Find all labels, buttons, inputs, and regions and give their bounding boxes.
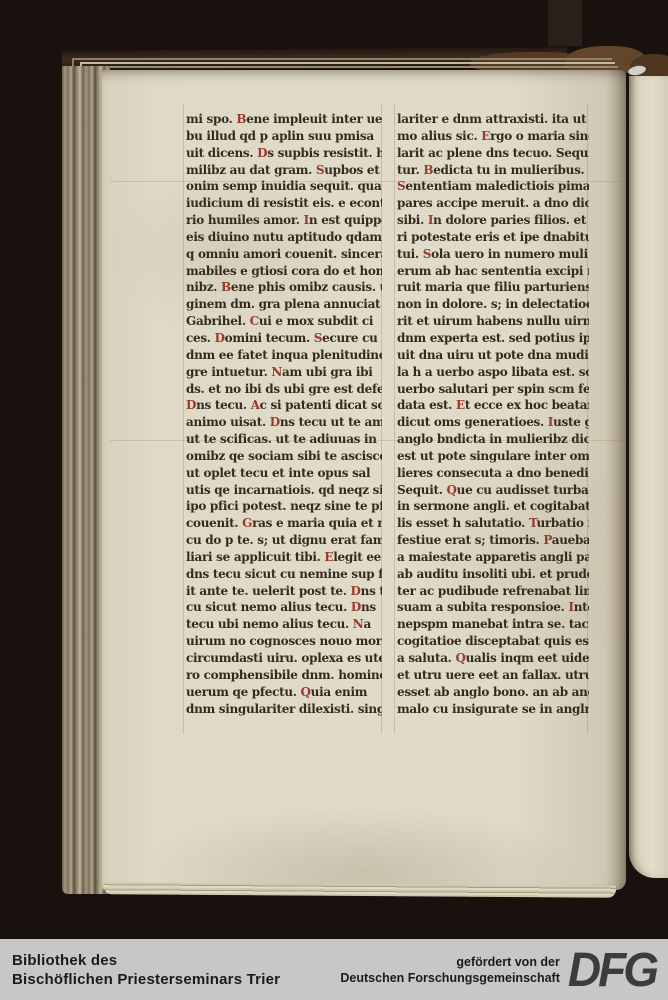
rubric-initial: N [271,365,282,379]
manuscript-text-line: utis qe incarnatiois. qd neqz sine [186,482,382,499]
manuscript-text-line: data est. Et ecce ex hoc beatam eam [397,397,589,414]
rubric-initial: A [251,398,260,412]
manuscript-text-line: est ut pote singulare inter oms mu [397,448,589,465]
manuscript-text-line: animo uisat. Dns tecu ut te amas [186,414,382,431]
rubric-initial: S [316,163,324,177]
manuscript-text-line: Gabrihel. Cui e mox subdit ci [186,313,382,330]
manuscript-text-line: Sententiam maledictiois pima [397,178,589,195]
rubric-initial: C [250,314,259,328]
funding-line2: Deutschen Forschungsgemeinschaft [340,970,560,986]
manuscript-text-line: et utru uere eet an fallax. utru [397,667,589,684]
digitized-manuscript-photo: mi spo. Bene impleuit inter uerbu illud … [0,0,668,1000]
manuscript-text-line: it ante te. uelerit post te. Dns te [186,583,382,600]
dfg-logo: DFG [568,937,660,1000]
manuscript-text-line: nibz. Bene phis omibz causis. uir [186,279,382,296]
rubric-initial: E [324,550,333,564]
manuscript-text-line: omibz qe sociam sibi te asciscens. [186,448,382,465]
manuscript-text-line: dns tecu sicut cu nemine sup fu [186,566,382,583]
manuscript-text-line: a maiestate apparetis angli pauebt [397,549,589,566]
manuscript-text-line: tur. Bedicta tu in mulieribus. [397,162,589,179]
manuscript-text-line: lieres consecuta a dno benedictioe [397,465,589,482]
ruling-line [394,104,395,734]
manuscript-right-column: lariter e dnm attraxisti. ita ut nemo al… [397,111,589,717]
manuscript-text-line: ginem dm. gra plena annuciat [186,296,382,313]
rubric-initial: B [236,112,246,126]
manuscript-text-line: a saluta. Qualis inqm eet uideli [397,650,589,667]
manuscript-text-line: lis esset h salutatio. Turbatio ista n [397,515,589,532]
manuscript-text-line: ri potestate eris et ipe dnabitur [397,229,589,246]
rubric-initial: G [242,516,252,530]
manuscript-text-line: rio humiles amor. In est quippe [186,212,382,229]
rubric-initial: D [186,398,196,412]
manuscript-text-line: la h a uerbo aspo libata est. sola a [397,364,589,381]
manuscript-text-line: uerum qe pfectu. Quia enim [186,684,382,701]
manuscript-text-line: tui. Sola uero in numero muli [397,246,589,263]
manuscript-text-line: Sequit. Que cu audisset turbata e [397,482,589,499]
manuscript-text-line: sibi. In dolore paries filios. et sub ui [397,212,589,229]
manuscript-text-line: ces. Domini tecum. Secure cu ea [186,330,382,347]
manuscript-text-line: dnm singulariter dilexisti. singu [186,701,382,718]
manuscript-text-line: uirum no cognosces nouo more [186,633,382,650]
rubric-initial: B [423,163,433,177]
manuscript-text-line: esset ab anglo bono. an ab anglo [397,684,589,701]
manuscript-text-line: dicut oms generatioes. Iuste g ab [397,414,589,431]
manuscript-text-line: Dns tecu. Ac si patenti dicat so [186,397,382,414]
manuscript-text-line: liari se applicuit tibi. Elegit ee [186,549,382,566]
manuscript-text-line: rit et uirum habens nullu uirno [397,313,589,330]
rubric-initial: E [481,129,490,143]
rubric-initial: N [353,617,364,631]
manuscript-text-line: cu do p te. s; ut dignu erat famu [186,532,382,549]
facing-page-sliver [629,76,668,878]
manuscript-text-line: dnm experta est. sed potius ipa gra [397,330,589,347]
manuscript-text-line: dnm ee fatet inqua plenitudine [186,347,382,364]
manuscript-text-line: anglo bndicta in mulieribz dicta [397,431,589,448]
library-name: Bibliothek des Bischöflichen Priestersem… [12,951,280,989]
ruling-line [183,104,184,734]
rubric-initial: D [270,415,280,429]
manuscript-text-line: uerbo salutari per spin scm fecu [397,381,589,398]
manuscript-text-line: mo alius sic. Ergo o maria singu [397,128,589,145]
manuscript-text-line: milibz au dat gram. Supbos et [186,162,382,179]
manuscript-text-line: ut oplet tecu et inte opus sal [186,465,382,482]
manuscript-text-line: ipo pfici potest. neqz sine te pfica [186,498,382,515]
library-name-line1: Bibliothek des [12,951,280,970]
rubric-initial: D [351,600,361,614]
rubric-initial: D [215,331,225,345]
manuscript-text-line: q omniu amori couenit. sincera [186,246,382,263]
manuscript-text-line: erum ab hac sententia excipi me [397,263,589,280]
manuscript-text-line: ab auditu insoliti ubi. et pruden [397,566,589,583]
rubric-initial: Q [455,651,465,665]
manuscript-text-line: nepspm manebat intra se. tacita [397,616,589,633]
rubric-initial: P [543,533,551,547]
manuscript-text-line: festiue erat s; timoris. Pauebat eni [397,532,589,549]
manuscript-text-line: non in dolore. s; in delectatioe pepe [397,296,589,313]
manuscript-text-line: ter ac pudibude refrenabat lingua [397,583,589,600]
funding-line1: gefördert von der [340,954,560,970]
manuscript-text-line: onim semp inuidia sequit. quap [186,178,382,195]
manuscript-text-line: ut te scificas. ut te adiuuas in [186,431,382,448]
manuscript-text-line: lariter e dnm attraxisti. ita ut ne [397,111,589,128]
rubric-initial: B [221,280,231,294]
rubric-initial: S [314,331,322,345]
manuscript-text-line: tecu ubi nemo alius tecu. Na [186,616,382,633]
manuscript-text-line: cu sicut nemo alius tecu. Dns [186,599,382,616]
rubric-initial: D [257,146,267,160]
manuscript-text-line: ruit maria que filiu parturiens [397,279,589,296]
manuscript-text-line: eis diuino nutu aptitudo qdam [186,229,382,246]
manuscript-text-line: cogitatioe disceptabat quis esset qui [397,633,589,650]
bottom-page-edges [104,882,616,898]
funding-credit: gefördert von der Deutschen Forschungsge… [340,954,560,986]
manuscript-text-line: uit dicens. Ds supbis resistit. hu [186,145,382,162]
rubric-initial: Q [446,483,456,497]
caption-bar: Bibliothek des Bischöflichen Priestersem… [0,939,668,1000]
manuscript-text-line: in sermone angli. et cogitabat qua [397,498,589,515]
manuscript-text-line: malo cu insigurate se in anglm [397,701,589,718]
funding-group: gefördert von der Deutschen Forschungsge… [340,939,660,1000]
manuscript-text-line: suam a subita responsioe. Inter se [397,599,589,616]
manuscript-text-line: uit dna uiru ut pote dna mudi. So [397,347,589,364]
manuscript-text-line: circumdasti uiru. oplexa es ute [186,650,382,667]
manuscript-left-column: mi spo. Bene impleuit inter uerbu illud … [186,111,382,717]
manuscript-text-line: iudicium di resistit eis. e econt [186,195,382,212]
manuscript-text-line: bu illud qd p aplin suu pmisa [186,128,382,145]
library-name-line2: Bischöflichen Priesterseminars Trier [12,970,280,989]
manuscript-text-line: couenit. Gras e maria quia et nob [186,515,382,532]
manuscript-text-line: ro comphensibile dnm. homine [186,667,382,684]
manuscript-text-line: ds. et no ibi ds ubi gre est defectus. [186,381,382,398]
rubric-initial: Q [301,685,311,699]
rubric-initial: D [351,584,361,598]
manuscript-text-line: gre intuetur. Nam ubi gra ibi [186,364,382,381]
rubric-initial: S [423,247,431,261]
manuscript-text-line: mi spo. Bene impleuit inter uer [186,111,382,128]
manuscript-text-line: larit ac plene dns tecuo. Sequi [397,145,589,162]
rubric-initial: E [456,398,465,412]
manuscript-text-line: mabiles e gtiosi cora do et homi [186,263,382,280]
manuscript-text-line: pares accipe meruit. a dno dicte [397,195,589,212]
